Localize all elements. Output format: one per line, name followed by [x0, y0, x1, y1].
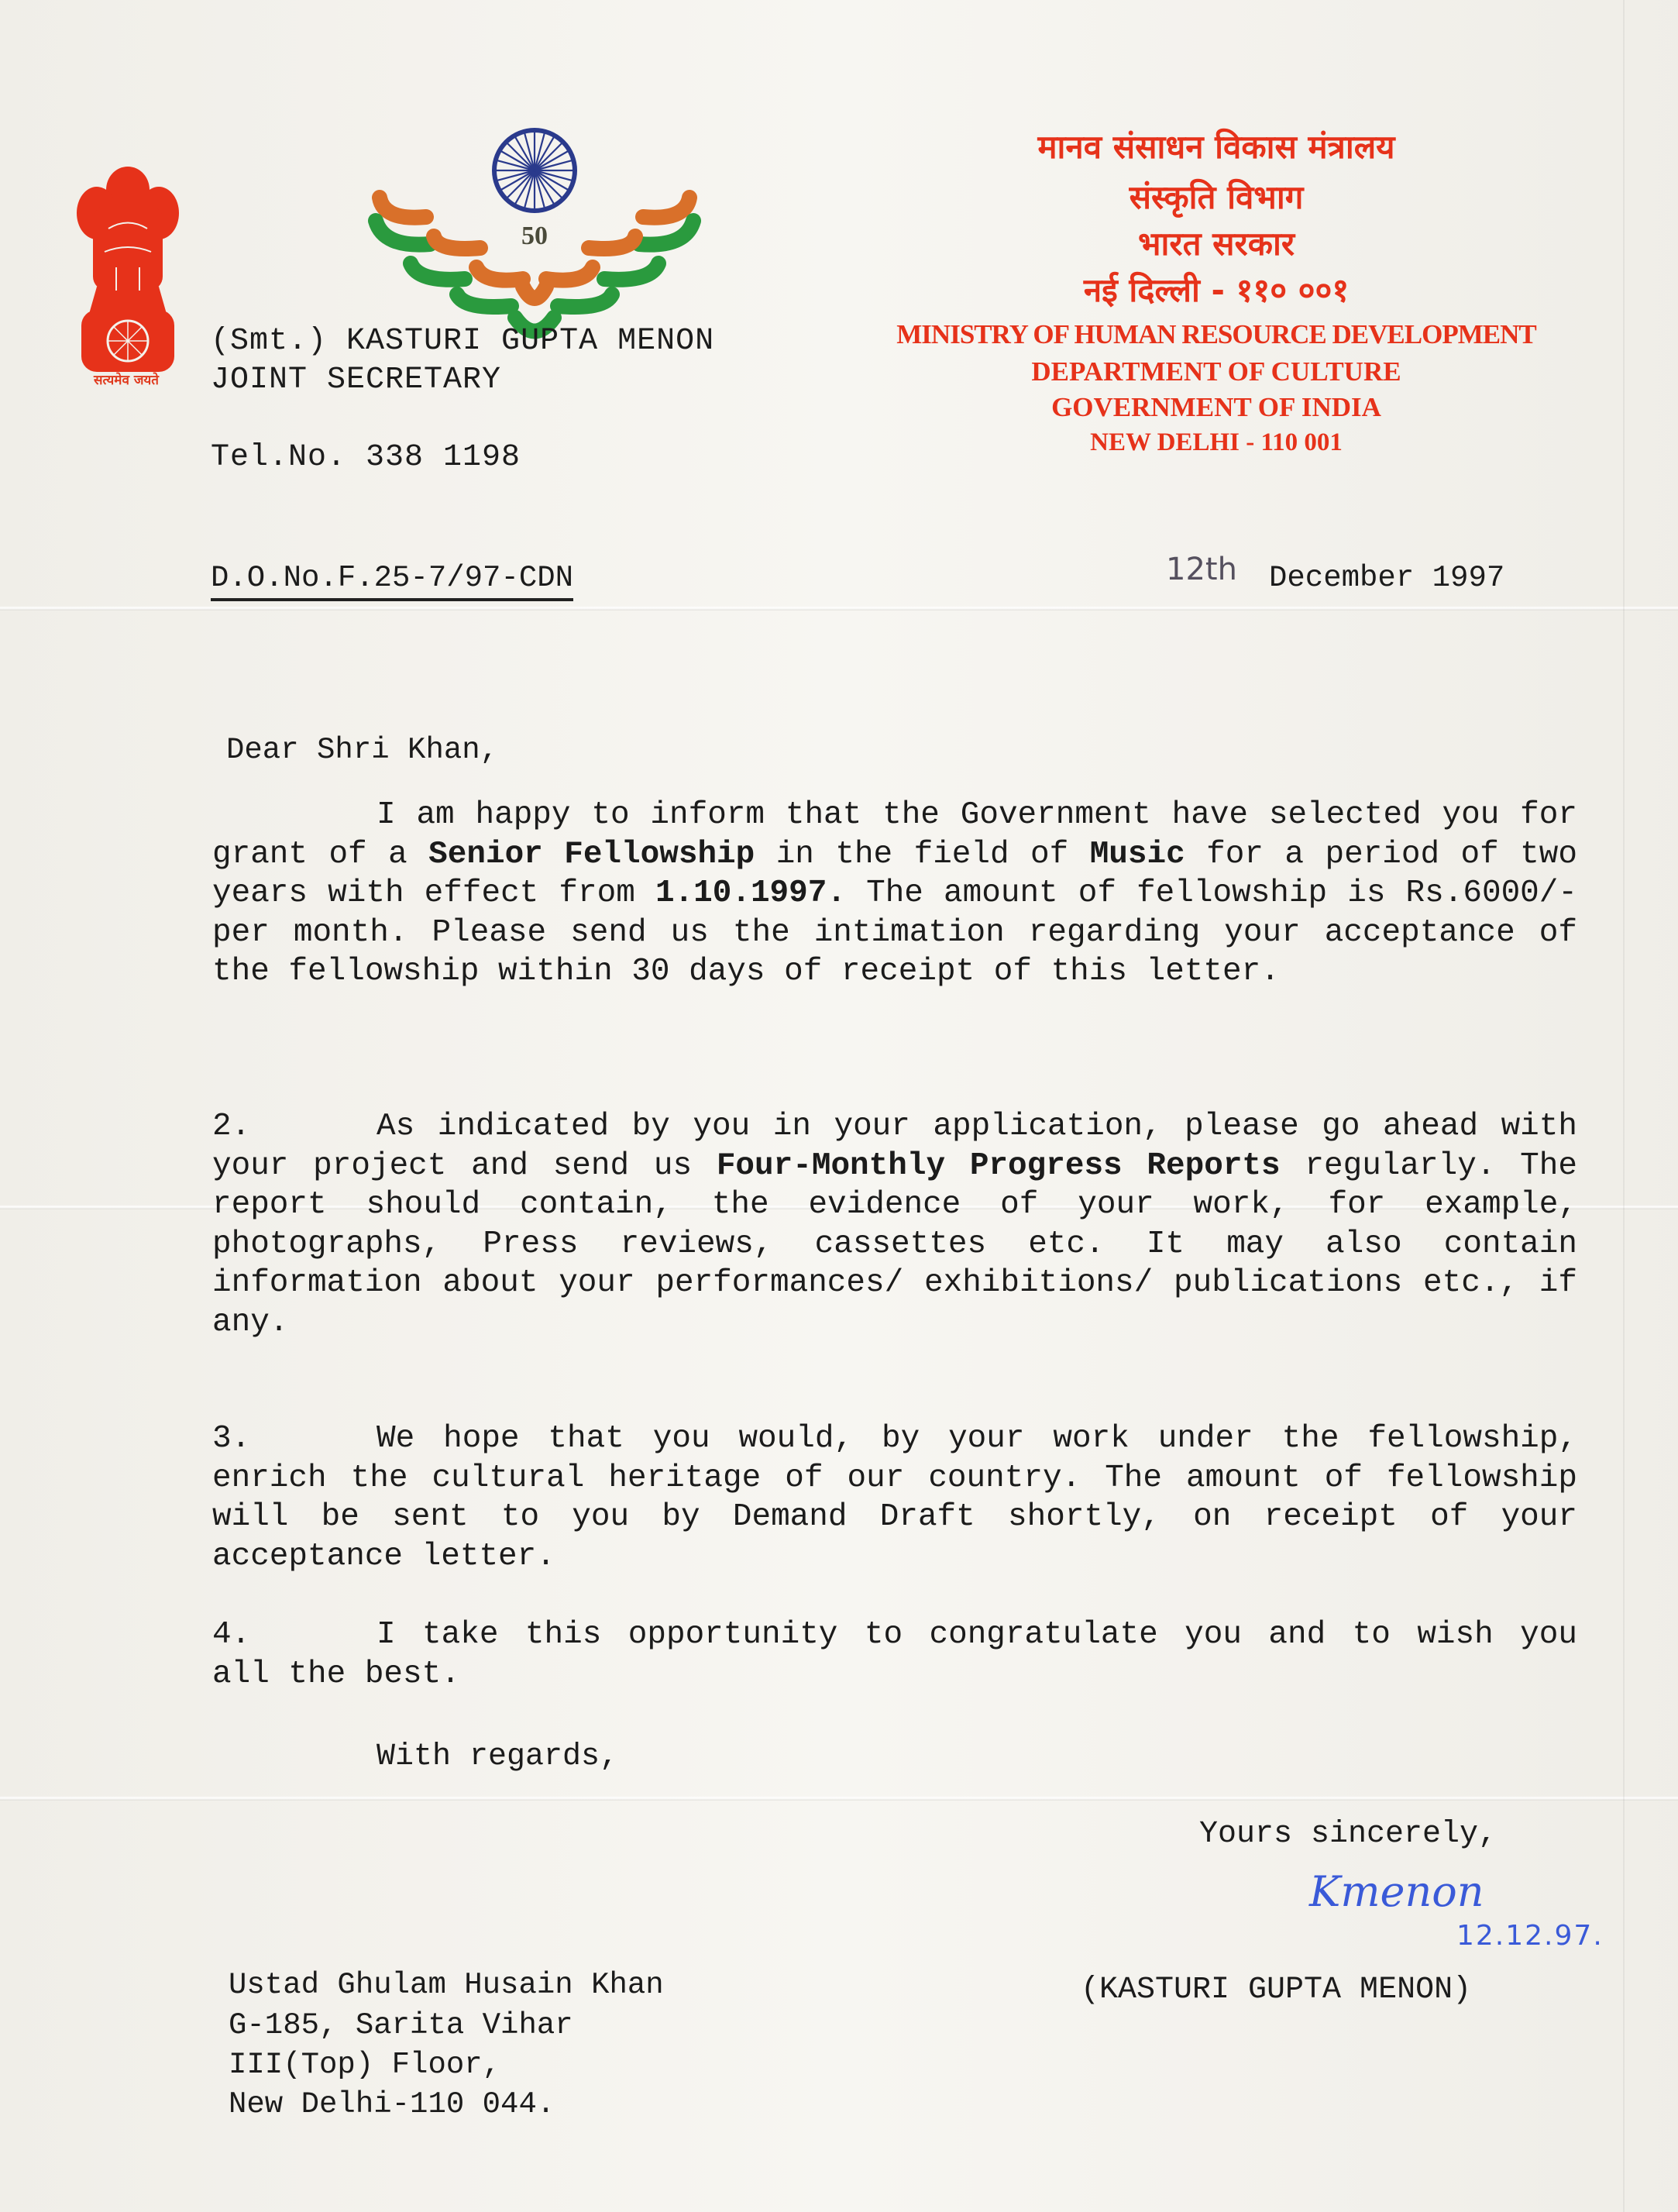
paper-edge	[1623, 0, 1625, 2212]
government-line: GOVERNMENT OF INDIA	[844, 392, 1588, 423]
emphasized-text: Senior Fellowship	[428, 837, 755, 872]
paragraph-2: 2.As indicated by you in your applicatio…	[212, 1107, 1577, 1342]
emphasized-text: 1.10.1997.	[655, 876, 846, 911]
paper-fold-crease	[0, 1796, 1678, 1801]
addressee-city: New Delhi-110 044.	[229, 2087, 555, 2121]
svg-text:50: 50	[521, 222, 548, 250]
addressee-name: Ustad Ghulam Husain Khan	[229, 1968, 664, 2002]
paragraph-number: 2.	[212, 1107, 377, 1147]
hindi-department-line: संस्कृति विभाग	[984, 174, 1449, 218]
signatory-name: (KASTURI GUPTA MENON)	[1081, 1973, 1471, 2007]
salutation: Dear Shri Khan,	[226, 733, 498, 767]
addressee-floor: III(Top) Floor,	[229, 2048, 500, 2082]
closing: With regards,	[377, 1739, 618, 1774]
telephone-number: Tel.No. 338 1198	[211, 440, 521, 475]
handwritten-signature: Kmenon	[1309, 1867, 1484, 1916]
officer-designation: JOINT SECRETARY	[211, 363, 501, 397]
ashoka-chakra-50-years-icon: 50	[356, 120, 713, 345]
paragraph-1: I am happy to inform that the Government…	[212, 796, 1577, 992]
addressee-street: G-185, Sarita Vihar	[229, 2008, 573, 2042]
department-line: DEPARTMENT OF CULTURE	[844, 356, 1588, 387]
handwritten-day: 12th	[1166, 552, 1237, 587]
paragraph-3: 3.We hope that you would, by your work u…	[212, 1419, 1577, 1576]
state-emblem-icon	[62, 159, 194, 391]
hindi-ministry-line: मानव संसाधन विकास मंत्रालय	[984, 124, 1449, 168]
signature-date: 12.12.97.	[1456, 1920, 1604, 1952]
paragraph-number: 4.	[212, 1615, 377, 1655]
valediction: Yours sincerely,	[1199, 1817, 1497, 1852]
emphasized-text: Four-Monthly Progress Reports	[717, 1148, 1281, 1184]
emblem-motto: सत्यमेव जयते	[68, 370, 184, 388]
paragraph-text: We hope that you would, by your work und…	[212, 1421, 1577, 1574]
reference-number: D.O.No.F.25-7/97-CDN	[211, 561, 573, 601]
emphasized-text: Music	[1090, 837, 1185, 872]
officer-name: (Smt.) KASTURI GUPTA MENON	[211, 324, 714, 359]
paragraph-4: 4.I take this opportunity to congratulat…	[212, 1615, 1577, 1694]
letter-date: December 1997	[1269, 561, 1504, 595]
paper-fold-crease	[0, 606, 1678, 611]
paragraph-text: in the field of	[755, 837, 1089, 872]
ministry-line: MINISTRY OF HUMAN RESOURCE DEVELOPMENT	[844, 319, 1588, 350]
hindi-city-line: नई दिल्ली - ११० ००१	[984, 267, 1449, 311]
paragraph-text: I take this opportunity to congratulate …	[212, 1617, 1577, 1692]
city-line: NEW DELHI - 110 001	[844, 428, 1588, 457]
hindi-government-line: भारत सरकार	[984, 221, 1449, 265]
paragraph-number: 3.	[212, 1419, 377, 1459]
